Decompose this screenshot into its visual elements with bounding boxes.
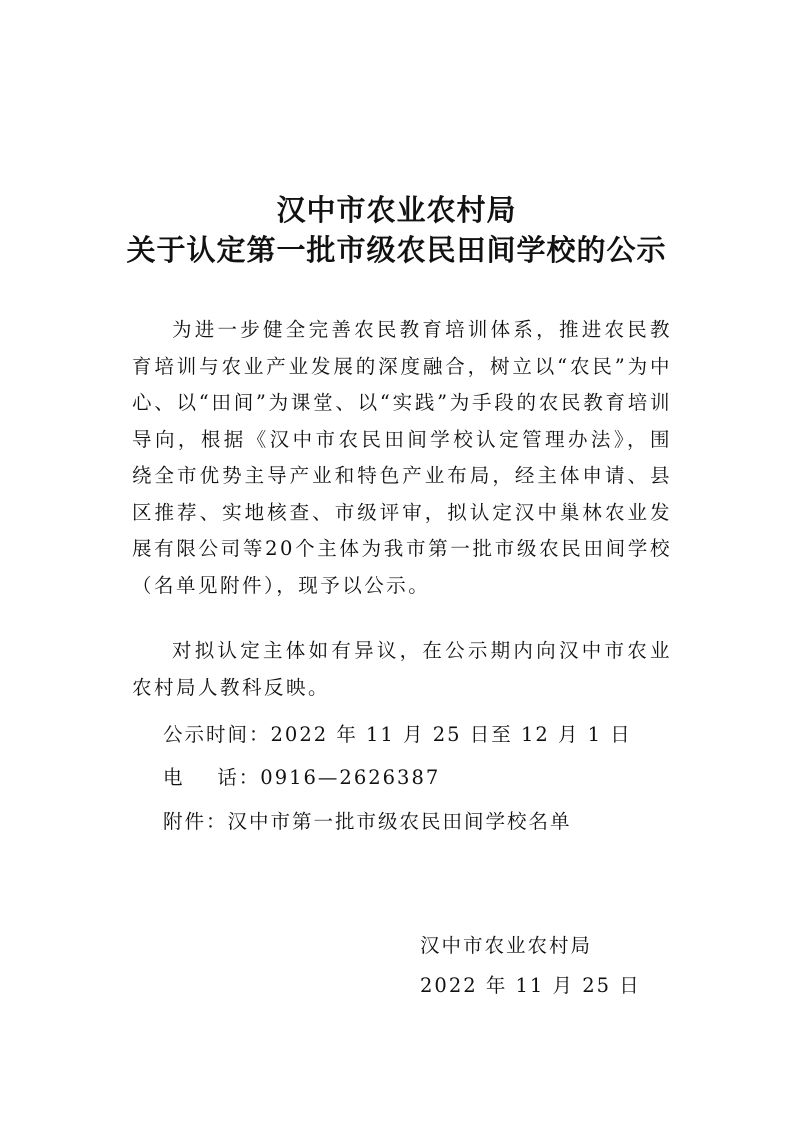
body-paragraph-2: 对拟认定主体如有异议，在公示期内向汉中市农业农村局人教科反映。 <box>132 633 672 706</box>
signature-date: 2022 年 11 月 25 日 <box>420 970 641 998</box>
notice-period: 公示时间：2022 年 11 月 25 日至 12 月 1 日 <box>163 719 632 747</box>
attachment-note: 附件：汉中市第一批市级农民田间学校名单 <box>163 806 572 834</box>
document-title-line2: 关于认定第一批市级农民田间学校的公示 <box>0 228 793 269</box>
contact-phone: 电 话：0916—2626387 <box>163 762 440 790</box>
document-title-line1: 汉中市农业农村局 <box>0 188 793 229</box>
signature-org: 汉中市农业农村局 <box>420 930 592 958</box>
body-paragraph-1: 为进一步健全完善农民教育培训体系，推进农民教育培训与农业产业发展的深度融合，树立… <box>132 312 672 604</box>
